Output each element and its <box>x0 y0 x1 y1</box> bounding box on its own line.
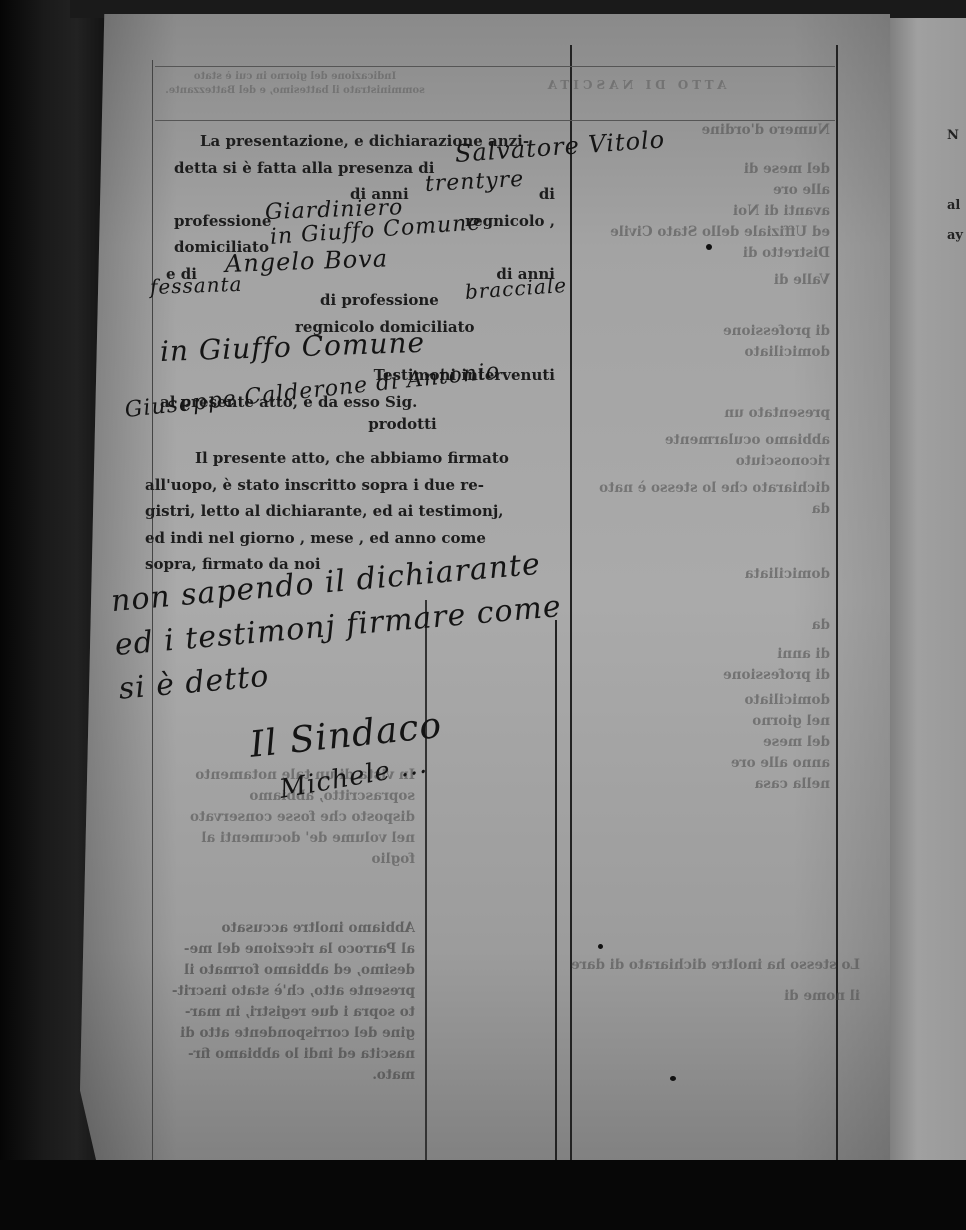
edge-fragment: N <box>947 128 959 143</box>
header-top-rule <box>155 66 835 67</box>
bleed-through-left-2: Abbiamo inoltre accusato al Parroco la r… <box>105 918 415 1086</box>
header-title-mirrored: ATTO DI NASCITA <box>440 78 830 92</box>
handwritten-witness-2-age: fessanta <box>150 272 243 299</box>
handwritten-witness-1-age: trentyre <box>424 167 525 197</box>
edge-fragment: ay <box>947 228 963 243</box>
bottom-shadow <box>0 1160 966 1230</box>
adjacent-page-edge: N al ay <box>885 18 966 1168</box>
ink-speck <box>670 1076 676 1081</box>
edge-fragment: al <box>947 198 960 213</box>
bleed-through-right-bottom: Lo stesso ha inoltre dichiarato di dare … <box>440 955 860 1007</box>
bleed-through-right: Numero d'ordine del mese di alle ore ava… <box>590 120 830 795</box>
header-note-mirrored: Indicazione del giorno in cui è stato so… <box>160 70 430 98</box>
ink-speck <box>598 944 603 949</box>
inner-column-rule <box>425 600 427 1170</box>
handwritten-witness-2-name: Angelo Bova <box>225 244 389 278</box>
inner-column-rule-2 <box>555 620 557 1170</box>
ink-speck <box>706 244 712 250</box>
